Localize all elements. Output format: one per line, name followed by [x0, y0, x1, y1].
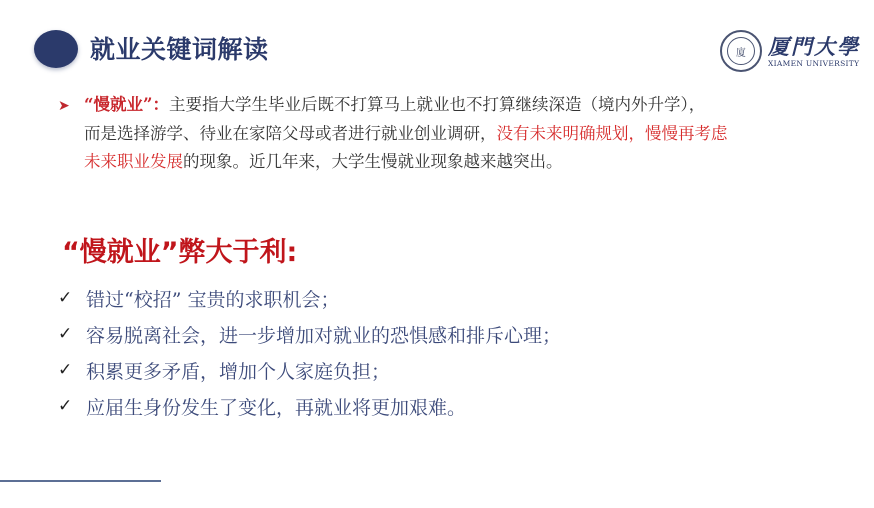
university-seal-icon: 廈 [720, 30, 762, 72]
university-logo: 廈 厦門大學 XIAMEN UNIVERSITY [720, 26, 860, 76]
drawbacks-list: ✓错过“校招” 宝贵的求职机会； ✓容易脱离社会，进一步增加对就业的恐惧感和排斥… [58, 280, 561, 424]
check-icon: ✓ [58, 396, 86, 416]
check-icon: ✓ [58, 360, 86, 380]
section-heading: “慢就业”弊大于利: [62, 230, 297, 269]
arrow-bullet-icon: ➤ [58, 92, 84, 120]
check-icon: ✓ [58, 288, 86, 308]
definition-line1: 主要指大学生毕业后既不打算马上就业也不打算继续深造（境内外升学）， [169, 95, 705, 114]
title-bullet-circle [34, 30, 78, 68]
list-item: ✓错过“校招” 宝贵的求职机会； [58, 280, 561, 316]
university-name-en: XIAMEN UNIVERSITY [768, 59, 860, 68]
definition-highlight-2: 未来职业发展 [84, 152, 183, 171]
footer-divider [0, 480, 161, 482]
definition-paragraph: ➤“慢就业”：主要指大学生毕业后既不打算马上就业也不打算继续深造（境内外升学），… [58, 91, 858, 176]
definition-line3: 的现象。近几年来，大学生慢就业现象越来越突出。 [183, 152, 563, 171]
definition-highlight-1: 没有未来明确规划，慢慢再考虑 [497, 124, 728, 143]
definition-line2: 而是选择游学、待业在家陪父母或者进行就业创业调研， [84, 124, 497, 143]
check-icon: ✓ [58, 324, 86, 344]
page-title: 就业关键词解读 [90, 30, 269, 66]
list-item: ✓容易脱离社会，进一步增加对就业的恐惧感和排斥心理； [58, 316, 561, 352]
list-item: ✓积累更多矛盾，增加个人家庭负担； [58, 352, 561, 388]
list-item: ✓应届生身份发生了变化，再就业将更加艰难。 [58, 388, 561, 424]
definition-term: “慢就业”： [84, 95, 169, 114]
university-name-cn: 厦門大學 [768, 35, 860, 59]
